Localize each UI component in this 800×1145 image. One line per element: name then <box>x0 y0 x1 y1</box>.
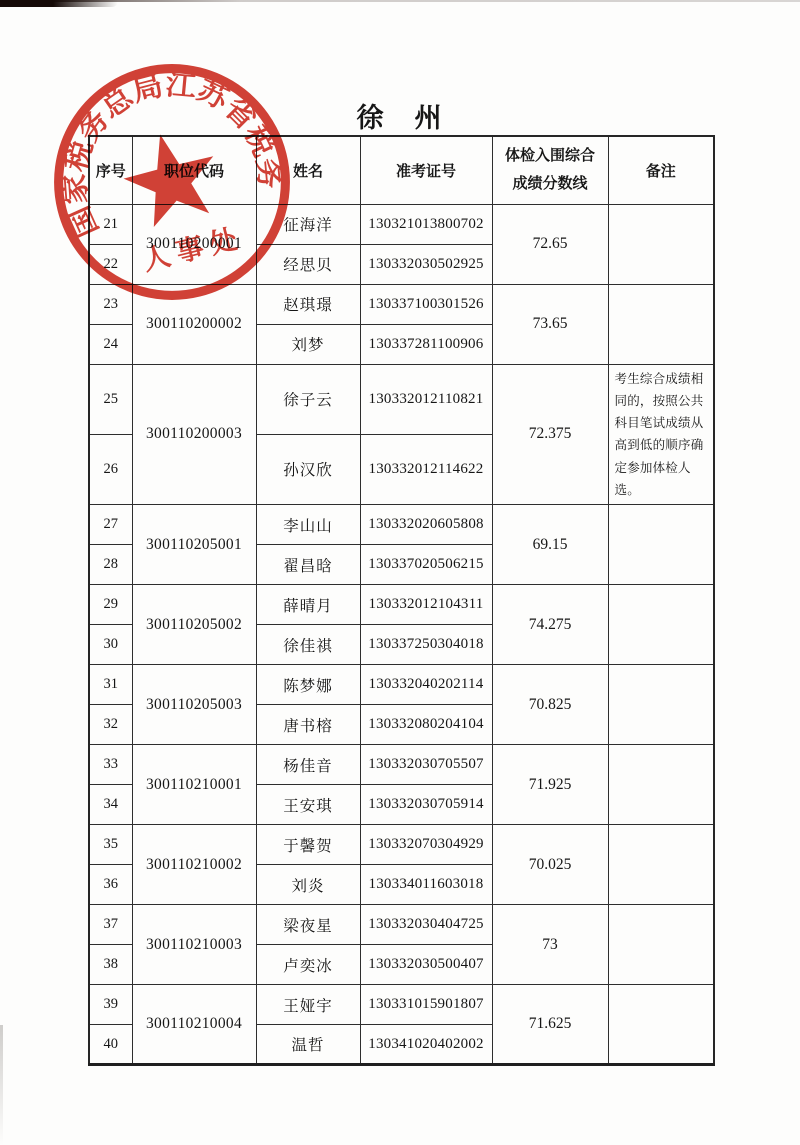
cell-score-line: 73.65 <box>492 284 608 364</box>
cell-score-line: 71.625 <box>492 985 608 1065</box>
cell-name: 孙汉欣 <box>256 434 360 504</box>
cell-seq: 37 <box>89 905 132 945</box>
cell-name: 温哲 <box>256 1025 360 1065</box>
cell-seq: 25 <box>89 364 132 434</box>
cell-score-line: 74.275 <box>492 585 608 665</box>
header-name: 姓名 <box>256 136 360 204</box>
cell-seq: 38 <box>89 945 132 985</box>
cell-seq: 30 <box>89 625 132 665</box>
header-seq: 序号 <box>89 136 132 204</box>
cell-ticket-number: 130332030404725 <box>360 905 492 945</box>
cell-seq: 23 <box>89 284 132 324</box>
table-row: 25 300110200003 徐子云 130332012110821 72.3… <box>89 364 714 434</box>
scan-edge-artifact-left <box>0 1025 3 1145</box>
cell-name: 王安琪 <box>256 785 360 825</box>
table-row: 35 300110210002 于馨贺 130332070304929 70.0… <box>89 825 714 865</box>
cell-score-line: 71.925 <box>492 745 608 825</box>
cell-seq: 22 <box>89 244 132 284</box>
cell-seq: 33 <box>89 745 132 785</box>
cell-position-code: 300110210004 <box>132 985 256 1065</box>
header-score-line: 体检入围综合 成绩分数线 <box>492 136 608 204</box>
cell-ticket-number: 130337250304018 <box>360 625 492 665</box>
table-row: 21 300110200001 征海洋 130321013800702 72.6… <box>89 204 714 244</box>
cell-ticket-number: 130332040202114 <box>360 665 492 705</box>
cell-name: 刘梦 <box>256 324 360 364</box>
cell-name: 王娅宇 <box>256 985 360 1025</box>
header-remark: 备注 <box>608 136 714 204</box>
cell-ticket-number: 130337281100906 <box>360 324 492 364</box>
cell-remark: 考生综合成绩相同的，按照公共科目笔试成绩从高到低的顺序确定参加体检人选。 <box>608 364 714 505</box>
cell-remark <box>608 204 714 284</box>
scanned-document-page: 徐 州 序号 职位代码 姓名 准考证号 体检入围综合 成绩分数线 备注 21 3… <box>0 0 800 1145</box>
cell-remark <box>608 505 714 585</box>
cell-seq: 21 <box>89 204 132 244</box>
header-ticket-number: 准考证号 <box>360 136 492 204</box>
cell-ticket-number: 130332070304929 <box>360 825 492 865</box>
cell-remark <box>608 985 714 1065</box>
cell-ticket-number: 130332012104311 <box>360 585 492 625</box>
table-header-row: 序号 职位代码 姓名 准考证号 体检入围综合 成绩分数线 备注 <box>89 136 714 204</box>
cell-name: 陈梦娜 <box>256 665 360 705</box>
table-body: 21 300110200001 征海洋 130321013800702 72.6… <box>89 204 714 1065</box>
cell-name: 徐佳祺 <box>256 625 360 665</box>
scan-edge-artifact <box>0 0 800 2</box>
cell-ticket-number: 130332030705507 <box>360 745 492 785</box>
cell-ticket-number: 130332012114622 <box>360 434 492 504</box>
cell-seq: 24 <box>89 324 132 364</box>
cell-position-code: 300110200001 <box>132 204 256 284</box>
table-row: 37 300110210003 梁夜星 130332030404725 73 <box>89 905 714 945</box>
cell-name: 徐子云 <box>256 364 360 434</box>
cell-ticket-number: 130332030502925 <box>360 244 492 284</box>
cell-ticket-number: 130337100301526 <box>360 284 492 324</box>
cell-ticket-number: 130332030705914 <box>360 785 492 825</box>
table-row: 33 300110210001 杨佳音 130332030705507 71.9… <box>89 745 714 785</box>
cell-remark <box>608 825 714 905</box>
cell-score-line: 72.65 <box>492 204 608 284</box>
cell-seq: 40 <box>89 1025 132 1065</box>
table-row: 23 300110200002 赵琪璟 130337100301526 73.6… <box>89 284 714 324</box>
cell-position-code: 300110200003 <box>132 364 256 505</box>
cell-score-line: 70.025 <box>492 825 608 905</box>
cell-remark <box>608 905 714 985</box>
cell-name: 薛晴月 <box>256 585 360 625</box>
cell-name: 梁夜星 <box>256 905 360 945</box>
cell-name: 经思贝 <box>256 244 360 284</box>
cell-ticket-number: 130332080204104 <box>360 705 492 745</box>
cell-name: 于馨贺 <box>256 825 360 865</box>
page-title: 徐 州 <box>0 96 800 135</box>
cell-remark <box>608 745 714 825</box>
cell-seq: 29 <box>89 585 132 625</box>
cell-name: 翟昌晗 <box>256 545 360 585</box>
table-row: 31 300110205003 陈梦娜 130332040202114 70.8… <box>89 665 714 705</box>
cell-position-code: 300110210003 <box>132 905 256 985</box>
cell-name: 唐书榕 <box>256 705 360 745</box>
scan-corner-artifact <box>0 0 118 7</box>
cell-seq: 26 <box>89 434 132 504</box>
cell-position-code: 300110210001 <box>132 745 256 825</box>
results-table-container: 序号 职位代码 姓名 准考证号 体检入围综合 成绩分数线 备注 21 30011… <box>88 135 715 1066</box>
results-table: 序号 职位代码 姓名 准考证号 体检入围综合 成绩分数线 备注 21 30011… <box>88 135 715 1066</box>
cell-ticket-number: 130331015901807 <box>360 985 492 1025</box>
cell-seq: 28 <box>89 545 132 585</box>
cell-ticket-number: 130321013800702 <box>360 204 492 244</box>
cell-remark <box>608 284 714 364</box>
cell-seq: 36 <box>89 865 132 905</box>
cell-remark <box>608 585 714 665</box>
cell-seq: 39 <box>89 985 132 1025</box>
cell-name: 杨佳音 <box>256 745 360 785</box>
cell-ticket-number: 130332020605808 <box>360 505 492 545</box>
cell-position-code: 300110205003 <box>132 665 256 745</box>
cell-score-line: 70.825 <box>492 665 608 745</box>
cell-remark <box>608 665 714 745</box>
table-row: 29 300110205002 薛晴月 130332012104311 74.2… <box>89 585 714 625</box>
cell-seq: 34 <box>89 785 132 825</box>
cell-ticket-number: 130332012110821 <box>360 364 492 434</box>
table-row: 27 300110205001 李山山 130332020605808 69.1… <box>89 505 714 545</box>
cell-ticket-number: 130341020402002 <box>360 1025 492 1065</box>
cell-name: 刘炎 <box>256 865 360 905</box>
cell-name: 卢奕冰 <box>256 945 360 985</box>
cell-name: 征海洋 <box>256 204 360 244</box>
cell-score-line: 73 <box>492 905 608 985</box>
cell-position-code: 300110205001 <box>132 505 256 585</box>
cell-score-line: 72.375 <box>492 364 608 505</box>
header-position-code: 职位代码 <box>132 136 256 204</box>
cell-seq: 35 <box>89 825 132 865</box>
cell-position-code: 300110200002 <box>132 284 256 364</box>
cell-ticket-number: 130337020506215 <box>360 545 492 585</box>
cell-ticket-number: 130334011603018 <box>360 865 492 905</box>
cell-position-code: 300110210002 <box>132 825 256 905</box>
cell-score-line: 69.15 <box>492 505 608 585</box>
cell-position-code: 300110205002 <box>132 585 256 665</box>
cell-name: 李山山 <box>256 505 360 545</box>
cell-ticket-number: 130332030500407 <box>360 945 492 985</box>
cell-seq: 27 <box>89 505 132 545</box>
cell-name: 赵琪璟 <box>256 284 360 324</box>
cell-seq: 31 <box>89 665 132 705</box>
cell-seq: 32 <box>89 705 132 745</box>
table-row: 39 300110210004 王娅宇 130331015901807 71.6… <box>89 985 714 1025</box>
